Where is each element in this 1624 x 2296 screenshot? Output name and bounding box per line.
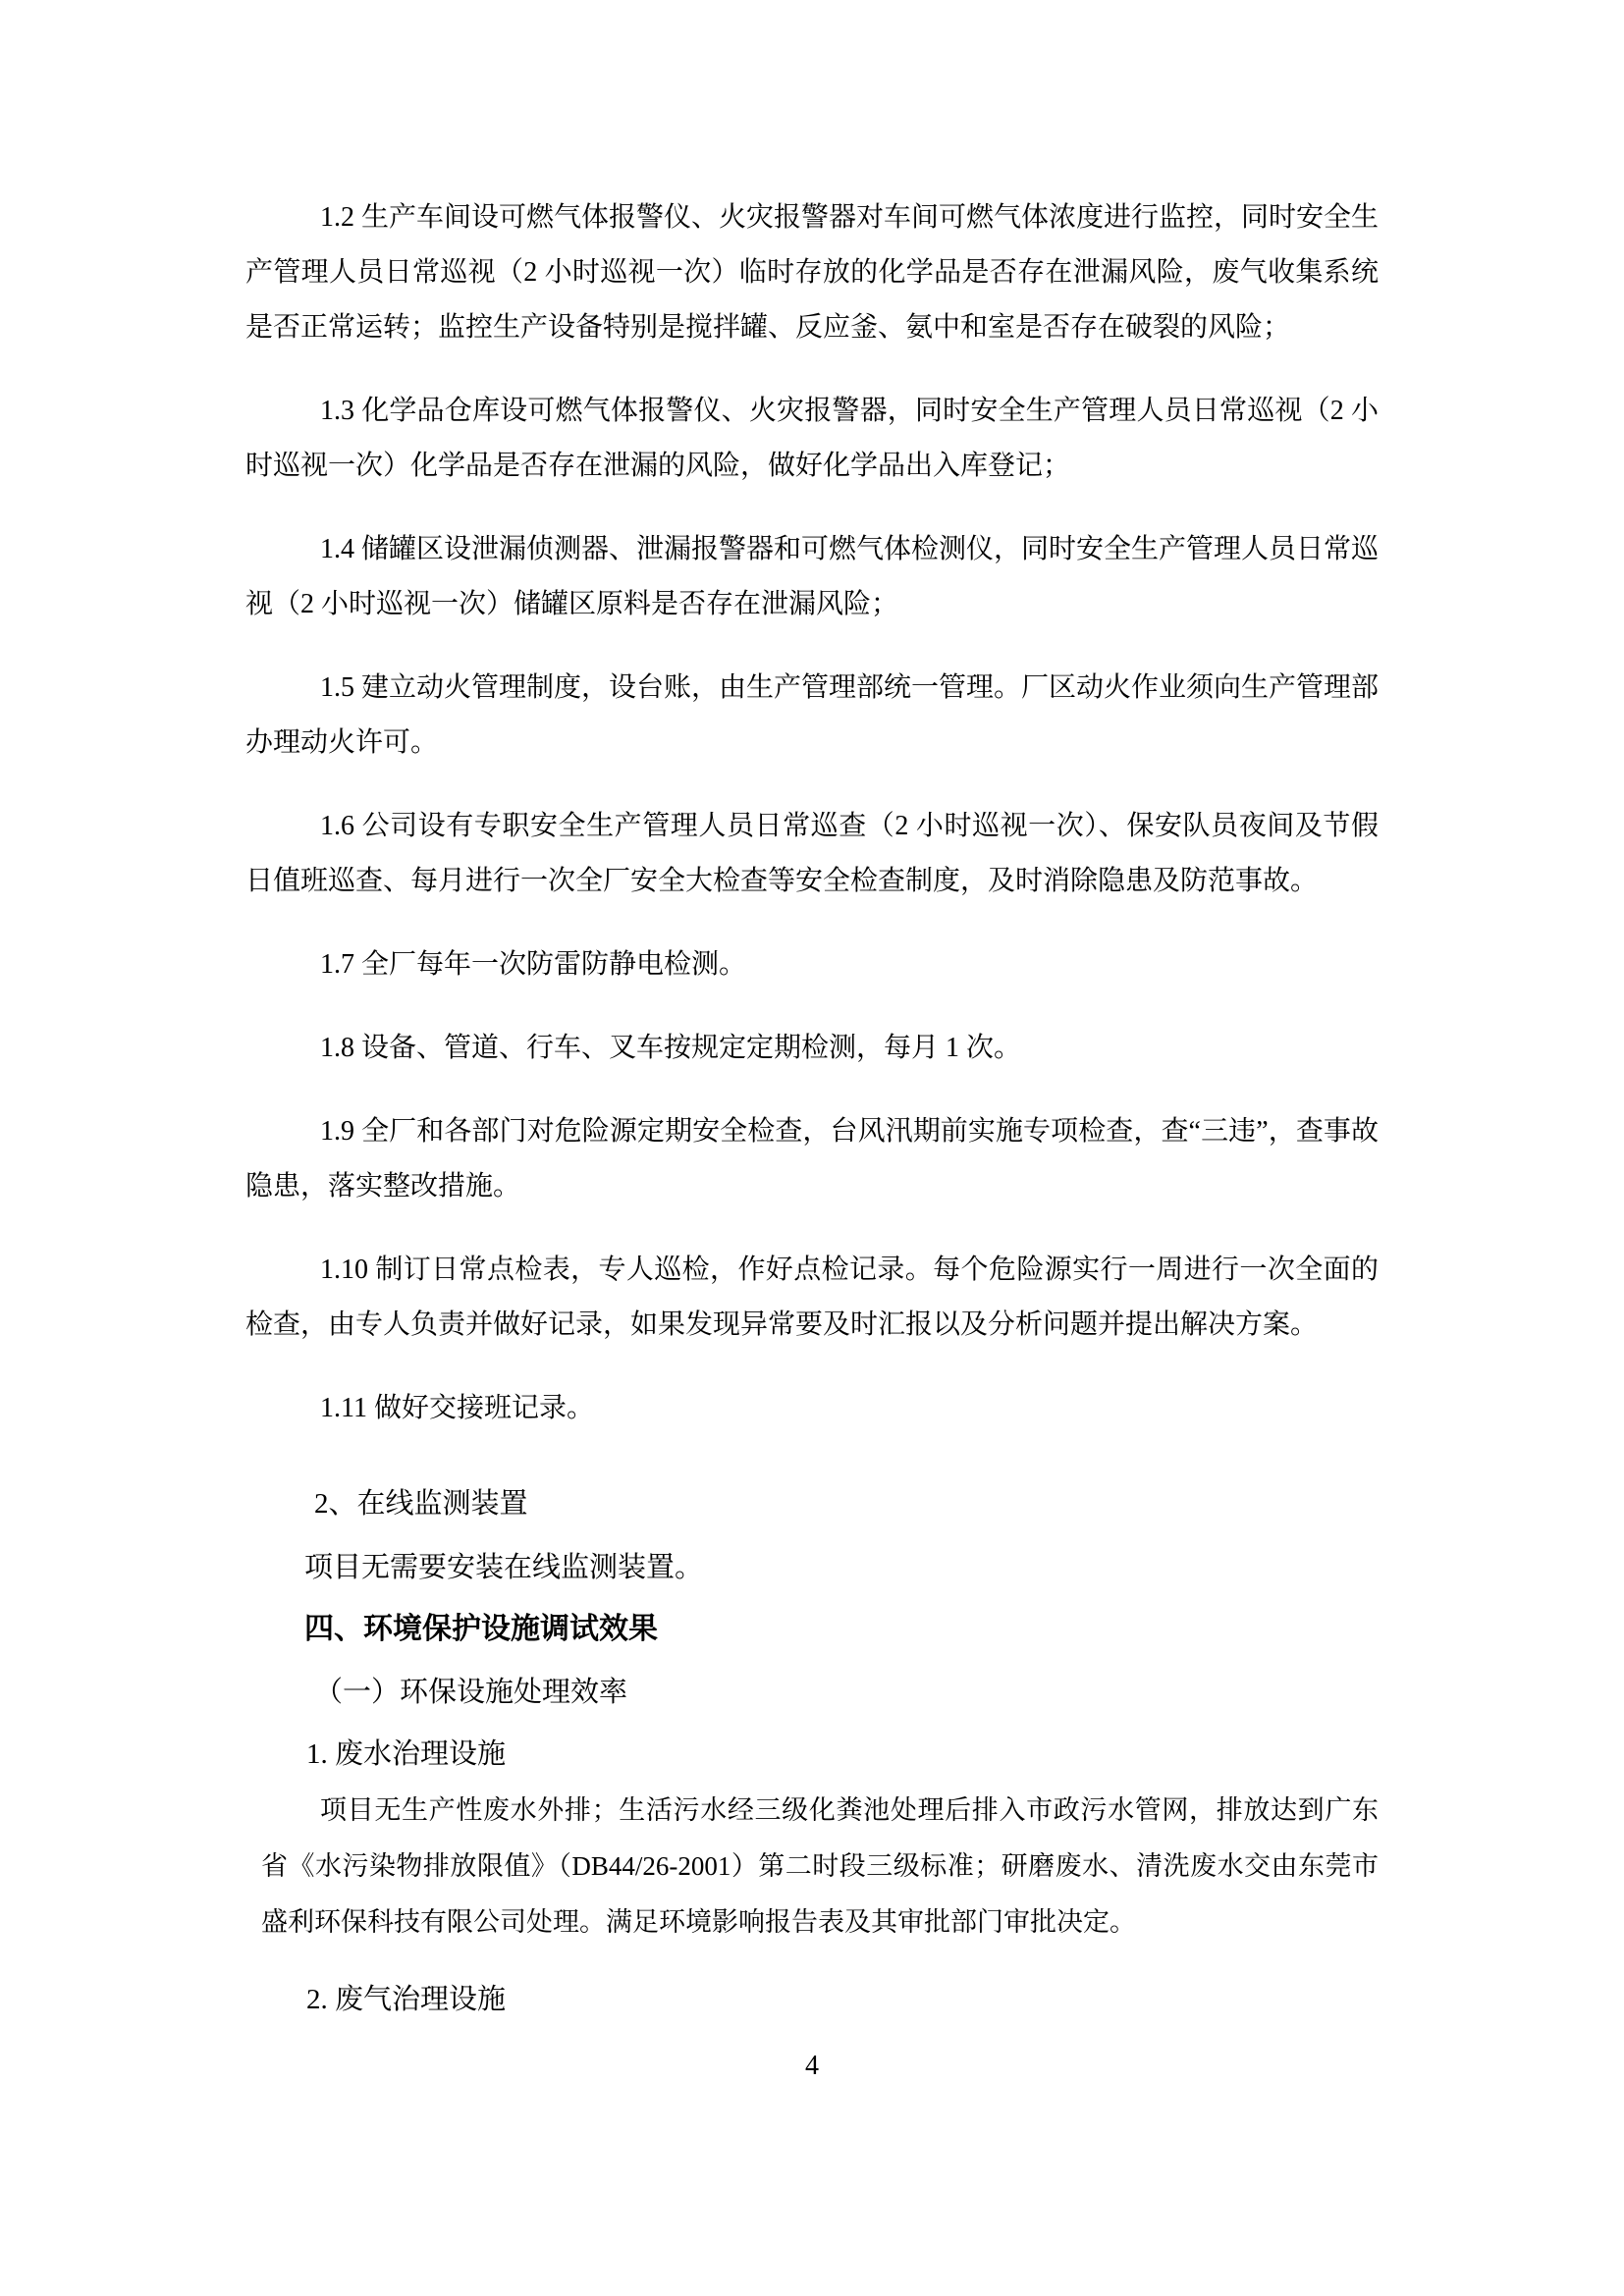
safety-measures-section: 1.2 生产车间设可燃气体报警仪、火灾报警器对车间可燃气体浓度进行监控，同时安全… (245, 190, 1379, 1436)
heading-section-four: 四、环境保护设施调试效果 (304, 1601, 1379, 1657)
paragraph-1-11: 1.11 做好交接班记录。 (245, 1381, 1379, 1436)
heading-online-monitoring: 2、在线监测装置 (314, 1476, 1379, 1532)
heading-wastewater-facility: 1. 废水治理设施 (306, 1727, 1379, 1783)
paragraph-1-10: 1.10 制订日常点检表，专人巡检，作好点检记录。每个危险源实行一周进行一次全面… (245, 1243, 1379, 1353)
paragraph-1-3: 1.3 化学品仓库设可燃气体报警仪、火灾报警器，同时安全生产管理人员日常巡视（2… (245, 384, 1379, 494)
page-number: 4 (245, 2038, 1379, 2094)
online-monitoring-body: 项目无需要安装在线监测装置。 (304, 1540, 1379, 1596)
paragraph-1-4: 1.4 储罐区设泄漏侦测器、泄漏报警器和可燃气体检测仪，同时安全生产管理人员日常… (245, 522, 1379, 632)
paragraph-1-7: 1.7 全厂每年一次防雷防静电检测。 (245, 937, 1379, 992)
paragraph-1-5: 1.5 建立动火管理制度，设台账，由生产管理部统一管理。厂区动火作业须向生产管理… (245, 661, 1379, 771)
heading-waste-gas-facility: 2. 废气治理设施 (306, 1972, 1379, 2028)
wastewater-facility-body: 项目无生产性废水外排；生活污水经三级化粪池处理后排入市政污水管网，排放达到广东省… (261, 1783, 1379, 1950)
paragraph-1-9: 1.9 全厂和各部门对危险源定期安全检查，台风汛期前实施专项检查，查“三违”，查… (245, 1104, 1379, 1214)
paragraph-1-2: 1.2 生产车间设可燃气体报警仪、火灾报警器对车间可燃气体浓度进行监控，同时安全… (245, 190, 1379, 355)
heading-treatment-efficiency: （一）环保设施处理效率 (314, 1665, 1379, 1721)
paragraph-1-6: 1.6 公司设有专职安全生产管理人员日常巡查（2 小时巡视一次）、保安队员夜间及… (245, 799, 1379, 909)
document-page: 1.2 生产车间设可燃气体报警仪、火灾报警器对车间可燃气体浓度进行监控，同时安全… (0, 0, 1624, 2296)
paragraph-1-8: 1.8 设备、管道、行车、叉车按规定定期检测，每月 1 次。 (245, 1021, 1379, 1076)
